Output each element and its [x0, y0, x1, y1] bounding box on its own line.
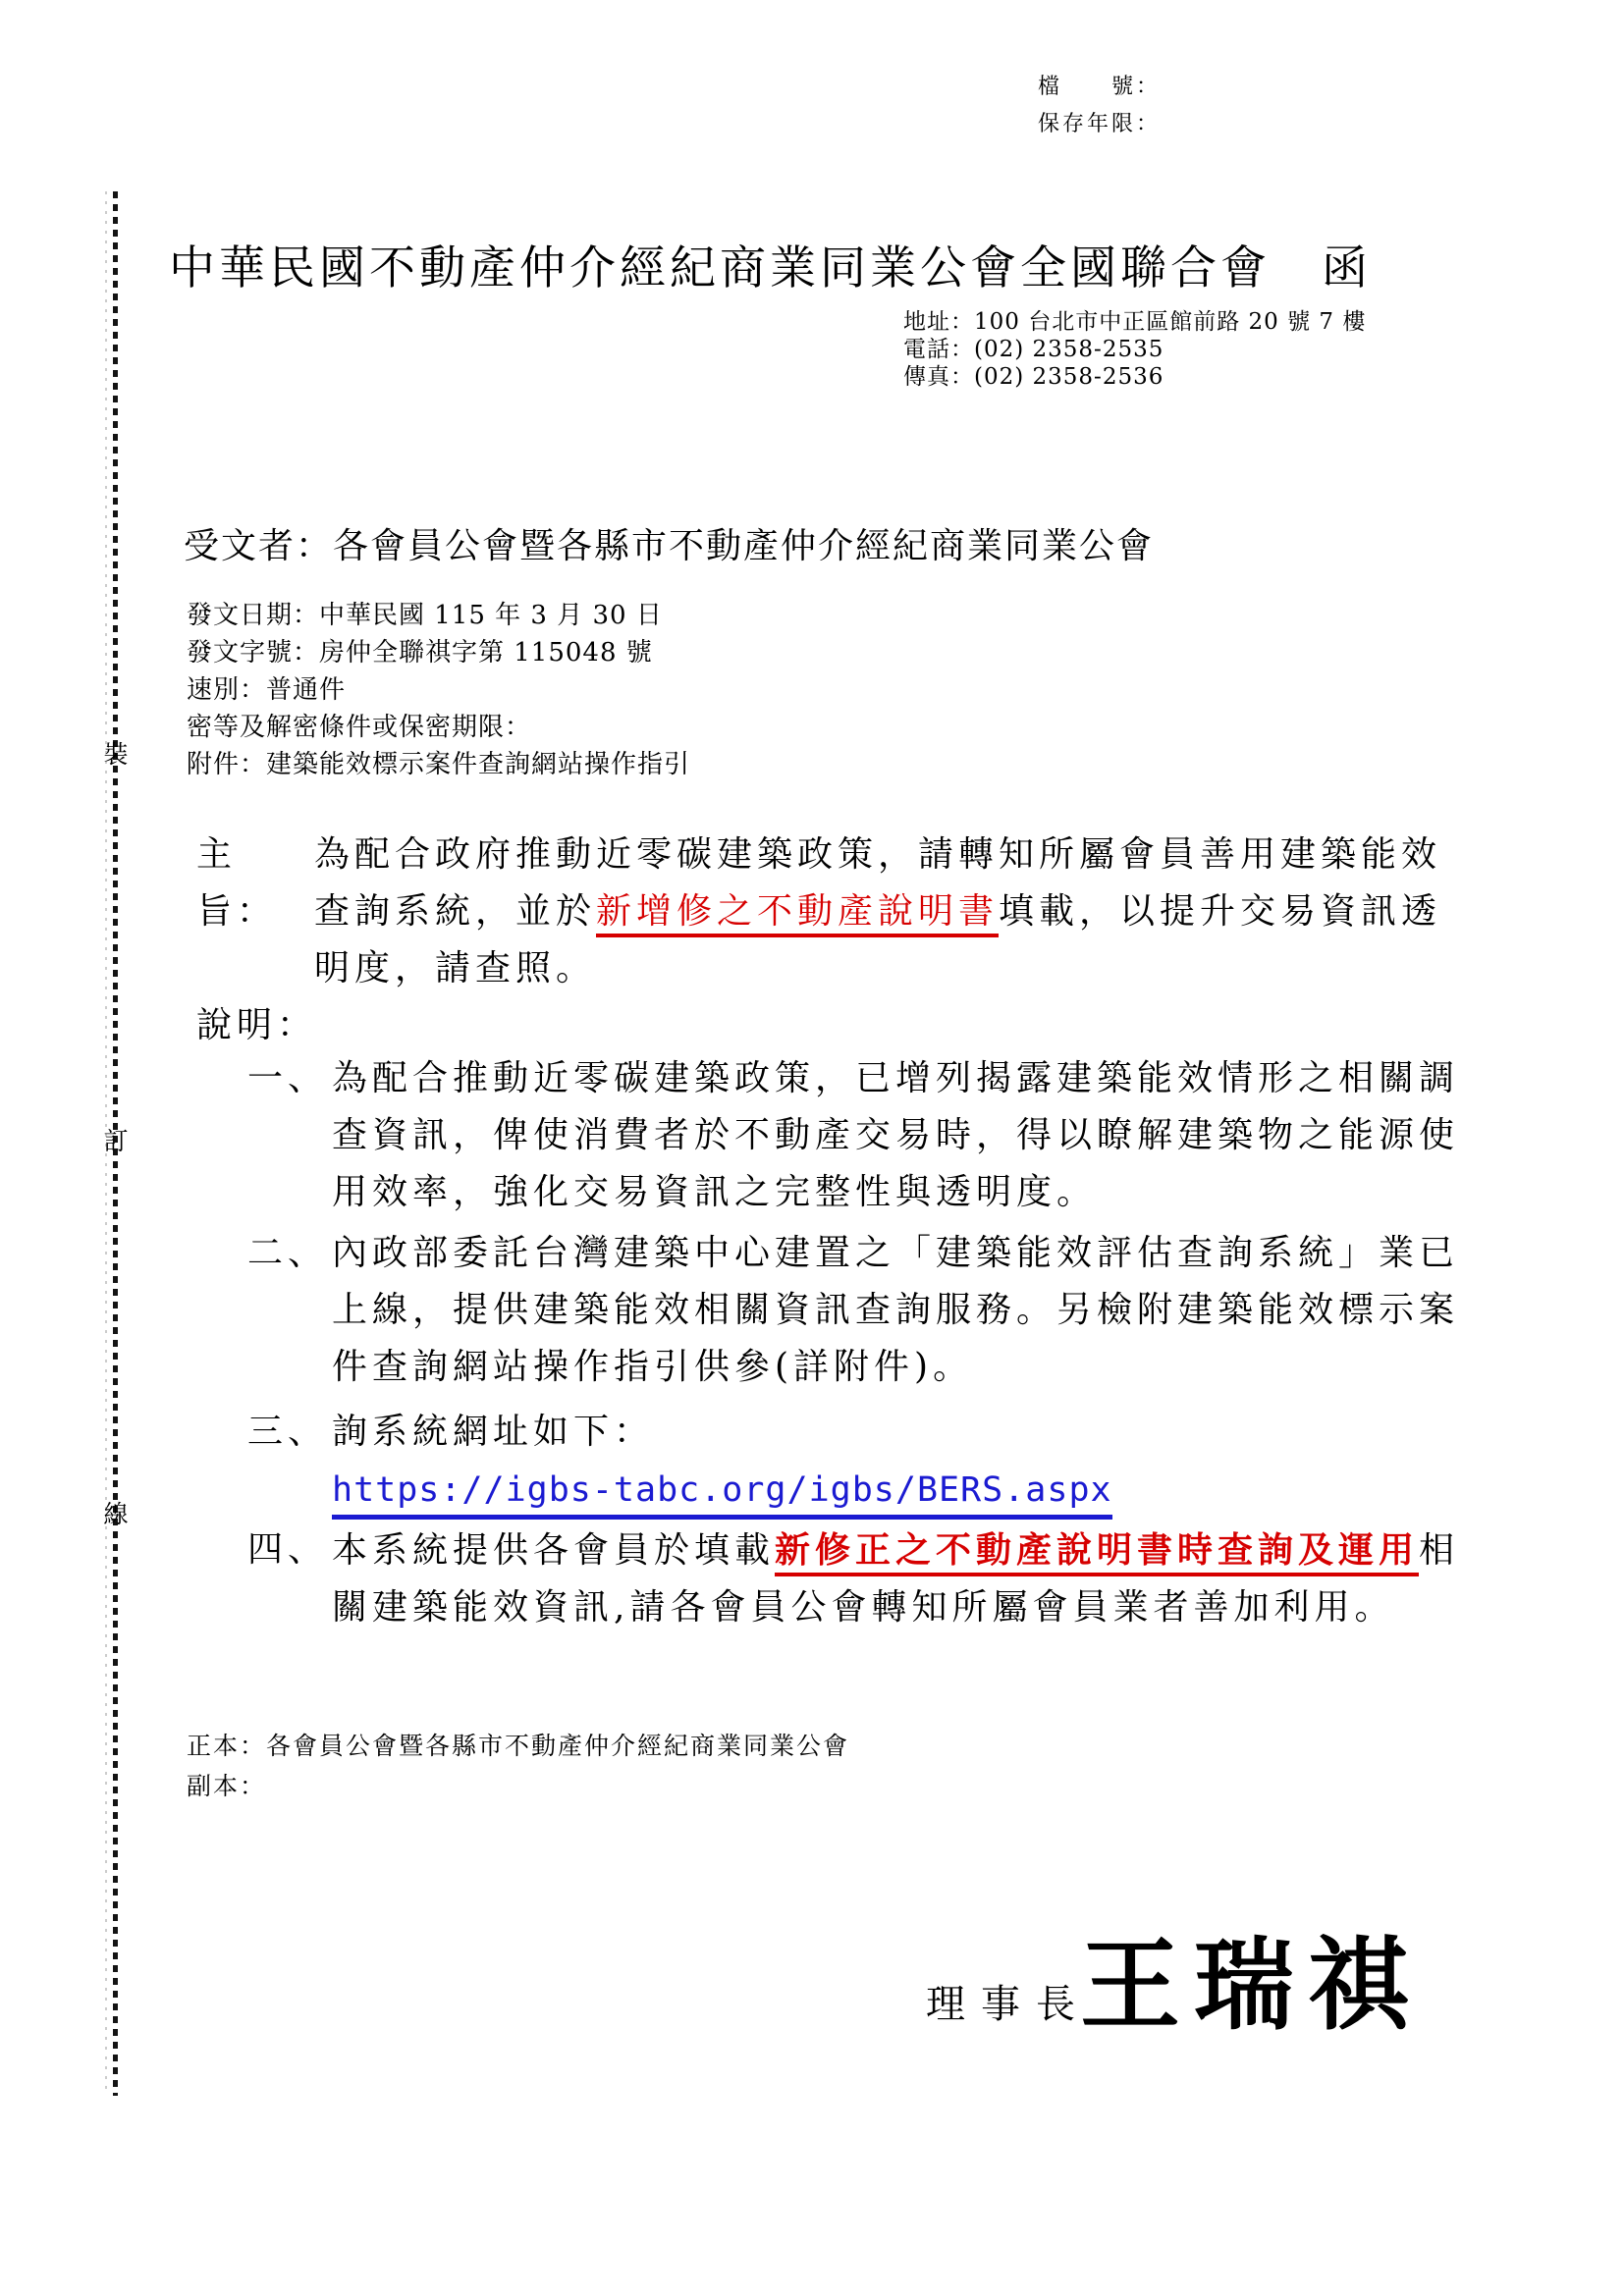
chairman-title: 理事長 [926, 1973, 1091, 2029]
item-text: 本系統提供各會員於填載新修正之不動產說明書時查詢及運用相關建築能效資訊,請各會員… [332, 1522, 1475, 1636]
explanation-item-4: 四、 本系統提供各會員於填載新修正之不動產說明書時查詢及運用相關建築能效資訊,請… [247, 1522, 1475, 1636]
subject-label: 主旨： [196, 827, 314, 940]
item-text: 內政部委託台灣建築中心建置之「建築能效評估查詢系統」業已上線，提供建築能效相關資… [332, 1225, 1475, 1396]
item-number: 三、 [247, 1404, 332, 1461]
item-number: 四、 [247, 1522, 332, 1578]
binding-mark-ding: 訂 [93, 1129, 138, 1154]
recipient-line: 受文者：各會員公會暨各縣市不動產仲介經紀商業同業公會 [184, 518, 1154, 568]
explanation-item-1: 一、 為配合推動近零碳建築政策，已增列揭露建築能效情形之相關調查資訊，俾使消費者… [247, 1050, 1475, 1221]
explanation-item-3: 三、 詢系統網址如下： https://igbs-tabc.org/igbs/B… [247, 1404, 1475, 1520]
title-spacer [1271, 232, 1322, 297]
attachment-line: 附件：建築能效標示案件查詢網站操作指引 [187, 746, 690, 783]
subject-text: 為配合政府推動近零碳建築政策，請轉知所屬會員善用建築能效查詢系統，並於新增修之不… [314, 827, 1457, 997]
explanation-item-2: 二、 內政部委託台灣建築中心建置之「建築能效評估查詢系統」業已上線，提供建築能效… [247, 1225, 1475, 1396]
classification-line: 密等及解密條件或保密期限： [187, 709, 690, 746]
item-number: 一、 [247, 1050, 332, 1107]
subject-highlight-red: 新增修之不動產說明書 [596, 891, 999, 937]
item-text-intro: 詢系統網址如下： [332, 1404, 1475, 1461]
item-highlight-red: 新修正之不動產說明書時查詢及運用 [775, 1529, 1419, 1576]
subject-section: 主旨： 為配合政府推動近零碳建築政策，請轉知所屬會員善用建築能效查詢系統，並於新… [196, 827, 1457, 997]
document-type: 函 [1322, 232, 1372, 297]
issue-date-line: 發文日期：中華民國 115 年 3 月 30 日 [187, 597, 690, 634]
recipient-value: 各會員公會暨各縣市不動產仲介經紀商業同業公會 [333, 526, 1154, 566]
document-title: 中華民國不動產仲介經紀商業同業公會全國聯合會 函 [169, 232, 1372, 297]
fax-line: 傳真：(02) 2358-2536 [903, 363, 1366, 391]
reference-number-line: 發文字號：房仲全聯祺字第 115048 號 [187, 634, 690, 671]
binding-mark-zhuang: 裝 [93, 742, 138, 768]
retention-period-label: 保存年限： [1038, 106, 1161, 143]
system-url-link[interactable]: https://igbs-tabc.org/igbs/BERS.aspx [332, 1467, 1112, 1520]
priority-line: 速別：普通件 [187, 671, 690, 709]
meta-block: 發文日期：中華民國 115 年 3 月 30 日 發文字號：房仲全聯祺字第 11… [187, 597, 690, 783]
item-text: 詢系統網址如下： https://igbs-tabc.org/igbs/BERS… [332, 1404, 1475, 1520]
original-copy-line: 正本：各會員公會暨各縣市不動產仲介經紀商業同業公會 [187, 1726, 849, 1766]
item-number: 二、 [247, 1225, 332, 1282]
binding-mark-xian: 線 [93, 1502, 138, 1527]
explanation-label: 說明： [196, 997, 317, 1054]
official-letter-page: 裝 訂 線 檔 號： 保存年限： 中華民國不動產仲介經紀商業同業公會全國聯合會 … [0, 0, 1624, 2296]
contact-block: 地址：100 台北市中正區館前路 20 號 7 樓 電話：(02) 2358-2… [903, 308, 1366, 391]
item-text-pre: 本系統提供各會員於填載 [332, 1530, 775, 1571]
chairman-name: 王瑞祺 [1080, 1906, 1422, 2050]
file-number-label: 檔 號： [1038, 69, 1161, 106]
organization-name: 中華民國不動產仲介經紀商業同業公會全國聯合會 [169, 232, 1271, 297]
item-text: 為配合推動近零碳建築政策，已增列揭露建築能效情形之相關調查資訊，俾使消費者於不動… [332, 1050, 1475, 1221]
address-line: 地址：100 台北市中正區館前路 20 號 7 樓 [903, 308, 1366, 336]
file-number-box: 檔 號： 保存年限： [1038, 69, 1161, 143]
recipient-label: 受文者： [184, 526, 333, 566]
copies-block: 正本：各會員公會暨各縣市不動產仲介經紀商業同業公會 副本： [187, 1726, 849, 1806]
cc-copy-line: 副本： [187, 1766, 849, 1806]
phone-line: 電話：(02) 2358-2535 [903, 336, 1366, 363]
